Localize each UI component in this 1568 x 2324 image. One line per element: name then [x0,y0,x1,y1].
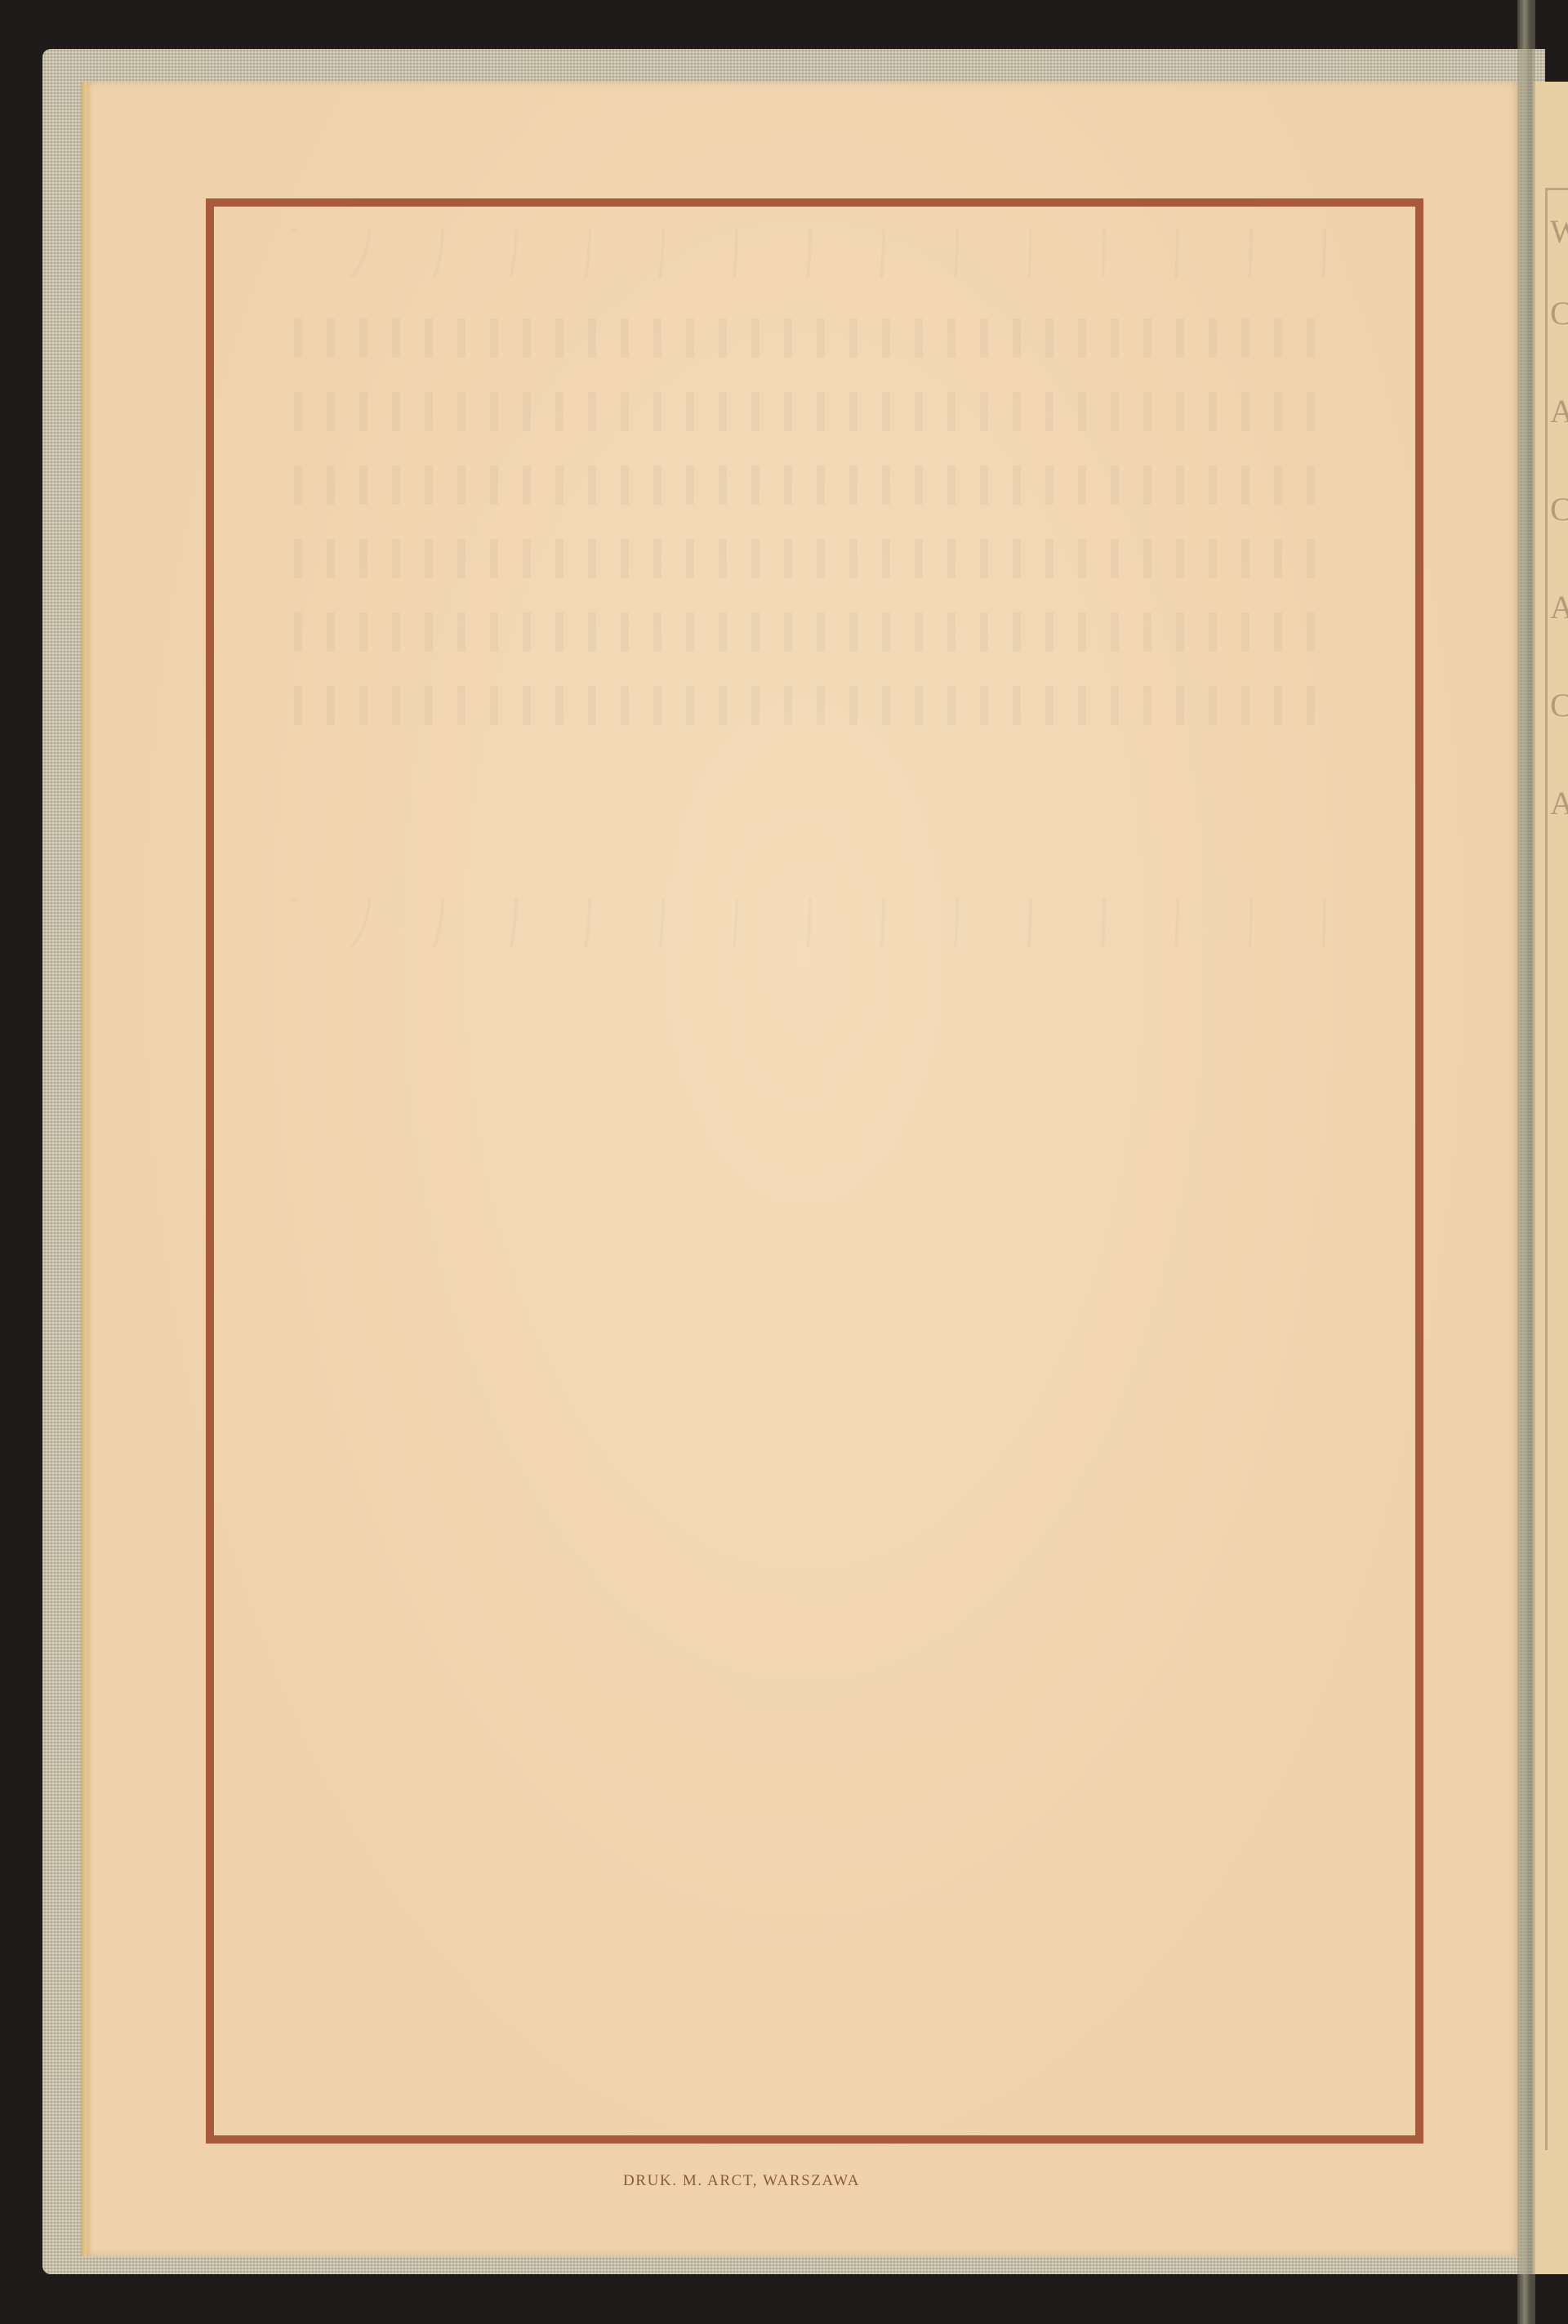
facing-page-decorative-frame [1545,188,1568,2150]
red-rectangular-frame [206,198,1423,2144]
facing-page-letter: A [1550,588,1568,626]
facing-page-letter: C [1550,490,1568,528]
facing-page-letter: C [1550,294,1568,332]
facing-page-letter: A [1550,784,1568,822]
printer-imprint: DRUK. M. ARCT, WARSZAWA [0,2172,1483,2190]
facing-page-edge: W C A C A C A [1534,82,1568,2274]
facing-page-letter: W [1550,212,1568,251]
book-gutter [1517,0,1535,2324]
facing-page-letter: C [1550,686,1568,724]
facing-page-letter: A [1550,392,1568,430]
